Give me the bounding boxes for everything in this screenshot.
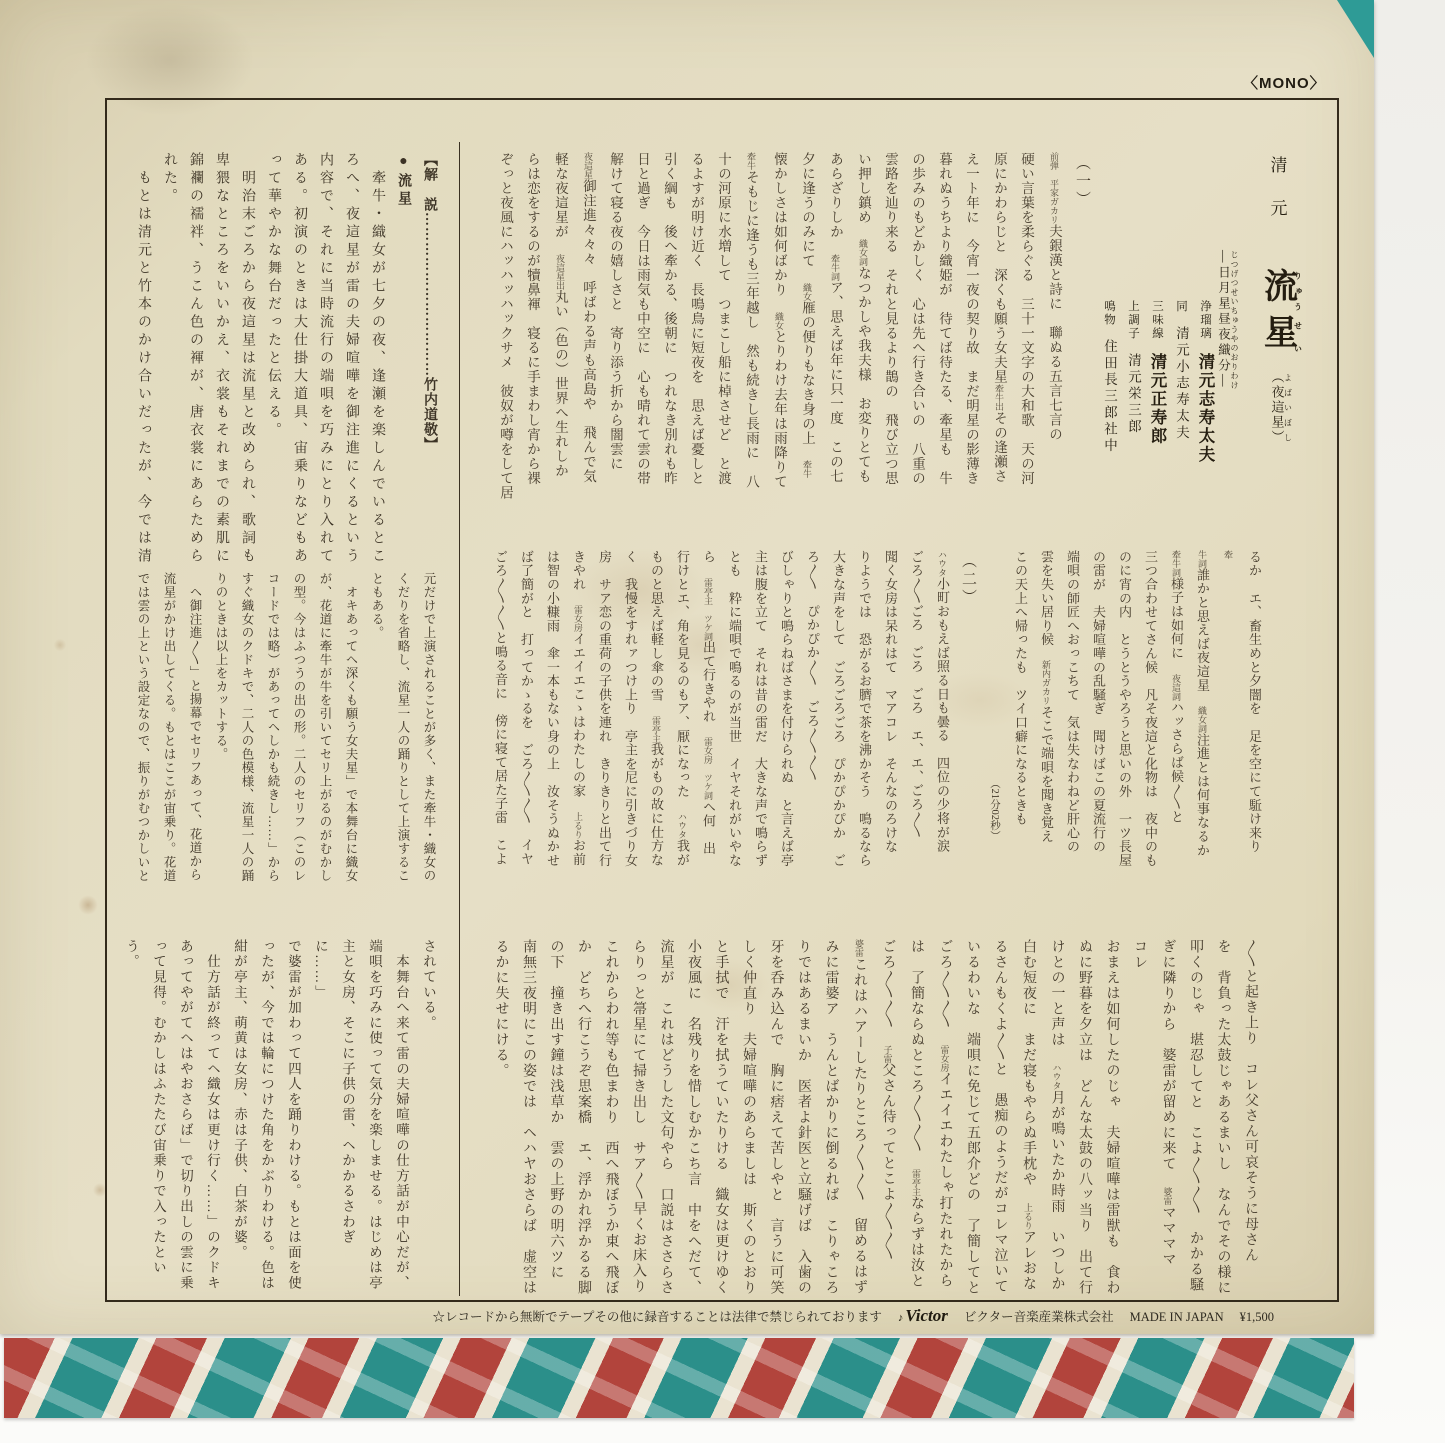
- text-column: 端唄の師匠へおっこちて 気は失なわねど肝心の: [1059, 550, 1085, 868]
- role-label: 婆雷: [854, 939, 864, 957]
- lyrics-part-1: （一）前弾 平家ガカリ夫銀漢と詩に 聯ぬる五言七言の硬い言葉を柔らぐる 三十一文…: [490, 152, 1095, 504]
- text-column: 大きな声をして ごろごろごろ ぴかぴかぴか ご: [825, 550, 851, 868]
- text-column: ごろ〳〵〳〵 子雷父さん待ってとこよ〳〵〳〵: [873, 939, 902, 1297]
- text-column: 南無三夜明にこの姿では ヘハヤおさらば 虚空は: [515, 939, 543, 1297]
- text-column: これからわれ等も色まわり 西へ飛ぼうか東へ飛ぼ: [597, 939, 625, 1297]
- text-column: って見得。むかしはふたたび宙乗りで入ったという。: [127, 939, 172, 1299]
- text-column: 婆雷これはハアーしたりところ〳〵〳〵 留めるはず: [845, 939, 874, 1297]
- text-column: の雷が 夫婦喧嘩の乱騒ぎ 聞けばこの夏流行の: [1085, 550, 1111, 868]
- role-label: 雷亭主 ツケ詞: [703, 578, 713, 641]
- text-column: ごろ〳〵〳〵と鳴る音に 傍に寝て居た子雷 こよ: [490, 550, 513, 868]
- role-label: 雷亭主: [651, 716, 661, 743]
- text-column: みに雷婆ア うんとばかりに倒るれば こりゃころ: [817, 939, 845, 1297]
- text-column: を 背負った太鼓じゃあるまいし なんでその様に: [1209, 939, 1237, 1297]
- text-column: の下 撞き出す鐘は浅草か 雲の上野の明六ツに: [542, 939, 570, 1297]
- role-label: 前弾 平家ガカリ: [1049, 152, 1059, 224]
- text-column: 錦襴の襦袢、うこん色の褌が、唐衣裳にあらためら: [182, 152, 208, 574]
- role-label: 夜這詞: [1171, 674, 1181, 701]
- text-column: 白む短夜に まだ寝もやらぬ手枕や 上るりアレおな: [1014, 939, 1043, 1297]
- footer-line: ☆レコードから無断でテープその他に録音することは法律で禁じられております Vic…: [180, 1306, 1274, 1326]
- text-column: 卑猥なところをいいかえ、衣裳もそれまでの素肌に: [208, 152, 234, 574]
- text-column: 行けとエ、角を見るのもア、厭になった ハウタ我が: [669, 550, 695, 868]
- role-label: 上るり: [573, 812, 583, 839]
- credit-line: 浄瑠璃清元志寿太夫: [1193, 300, 1217, 592]
- copyright-warning: ☆レコードから無断でテープその他に録音することは法律で禁じられております: [432, 1307, 881, 1325]
- text-column: い押し鎮め 織女詞なつかしや我夫様 お変りとても: [849, 152, 877, 504]
- text-column: 流星がかけ出してくる。もとはここが宙乗り。花道: [156, 572, 182, 888]
- role-label: 上るり: [1023, 1203, 1033, 1230]
- text-column: か どちへ行こうぞ思案橋 エ、浮かれ浮かるる脚: [570, 939, 598, 1297]
- text-column: 流星が これはどうした文句やら 口説はささらさ: [652, 939, 680, 1297]
- text-column: きやれ 雷女房イエイエこゝはわたしの家 上るりお前: [565, 550, 591, 868]
- role-label: 牽牛: [802, 460, 812, 478]
- album-back-cover: 〈MONO〉 清元流りゅう星せい（夜這星）よばいぼし ―日月星昼夜織分―じつげつ…: [0, 0, 1374, 1334]
- text-column: 牽牛詞様子は如何に 夜這詞ハッさらば候〳〵と: [1163, 550, 1189, 868]
- role-label: 夜這星出: [555, 254, 565, 290]
- text-column: 懐かしさは如何ばかり 織女とりわけ去年は雨降りて: [765, 152, 793, 504]
- role-label: 牽牛出: [994, 384, 1004, 411]
- text-column: おまえは如何したのじゃ 夫婦喧嘩は雷獣も 食わ: [1098, 939, 1126, 1297]
- commentary-subhead: ●流星: [390, 152, 416, 574]
- subtitle: ―日月星昼夜織分―じつげつせいちゅうやのおりわけ: [1215, 152, 1239, 612]
- text-column: 主は腹を立て それは昔の雷だ 大きな声で鳴らず: [747, 550, 773, 868]
- print-frame: 清元流りゅう星せい（夜這星）よばいぼし ―日月星昼夜織分―じつげつせいちゅうやの…: [105, 98, 1339, 1302]
- credit-name: 清元栄三郎: [1121, 353, 1145, 436]
- text-column: 紺が亭主、萌黄は女房、赤は子供、白茶が婆。: [226, 939, 253, 1299]
- role-label: 雷亭主: [911, 1169, 921, 1196]
- text-column: れた。: [156, 152, 182, 574]
- text-column: 仕方話が終ってヘ織女は更け行く……」のクドキ: [199, 939, 226, 1299]
- text-column: 日と過ぎ 今日は雨気も中空に 心も晴れて雲の帯: [629, 152, 656, 504]
- text-column: 小夜風に 名残りを惜しむかこち言 中をへだて、: [680, 939, 708, 1297]
- title-main: 流りゅう星せい: [1253, 268, 1303, 360]
- role-label: 新内ガカリ: [1041, 660, 1051, 705]
- credit-name: 住田長三郎社中: [1097, 339, 1121, 455]
- role-label: 雷女房: [940, 1045, 950, 1072]
- text-column: と手拭で 汗を拭うていたりける 織女は更けゆく: [707, 939, 735, 1297]
- text-column: え一ト年に 今宵一夜の契り故 まだ明星の影薄き: [958, 152, 985, 504]
- credit-role: 三味線: [1151, 300, 1163, 341]
- text-column: ぎに隣りから 婆雷が留めに来て 婆雷ママママ コレ: [1126, 939, 1182, 1297]
- role-label: 子雷: [883, 1045, 893, 1063]
- role-label: 織女詞: [1197, 706, 1207, 733]
- lyrics-part-2: るか エ、畜生めと夕闇を 足を空にて駈け来り 牽牛詞誰かと思えば夜這星 織女詞注…: [490, 550, 1267, 868]
- text-column: らは恋をするのが犢鼻褌 寝るに手まわし宵から裸: [519, 152, 546, 504]
- text-column: 原にかわらじと 深くも願う女夫星牽牛出その逢瀬さ: [985, 152, 1013, 504]
- alt-title: （夜這星）よばいぼし: [1268, 370, 1293, 445]
- text-column: とも 粋に端唄で鳴るのが当世 イヤそれがいやな: [721, 550, 747, 868]
- lyrics-part-3: 〳〵と起き上り コレ父さん可哀そうに母さんを 背負った太鼓じゃあるまいし なんで…: [490, 939, 1264, 1297]
- credit-role: 上調子: [1127, 300, 1139, 341]
- text-column: オキあってヘ深くも願う女夫星」で本舞台に織女: [338, 572, 364, 888]
- credit-role: 浄瑠璃: [1199, 300, 1211, 341]
- text-column: 三つ合わせてさん候 凡そ夜這と化物は 夜中のも: [1137, 550, 1163, 868]
- role-label: 夜這星: [583, 152, 593, 179]
- text-column: この天上へ帰ったも ツイ口癖になるときも: [1007, 550, 1033, 868]
- inner-sleeve-pattern: [4, 1338, 1354, 1418]
- credit-role: 鳴物: [1103, 300, 1115, 327]
- credits: 浄瑠璃清元志寿太夫同清元小志寿太夫三味線清元正寿郎上調子清元栄三郎鳴物住田長三郎…: [1097, 300, 1217, 592]
- text-column: るか エ、畜生めと夕闇を 足を空にて駈け来り 牽: [1215, 550, 1267, 868]
- role-label: ハウタ: [1052, 1063, 1062, 1090]
- album-title: 清元流りゅう星せい（夜這星）よばいぼし: [1253, 152, 1303, 612]
- role-label: 織女: [774, 312, 784, 330]
- role-label: 織女詞: [858, 239, 868, 266]
- text-column: ハウタ小町おもえば照る日も曇る 四位の少将が涙: [929, 550, 955, 868]
- title-block: 清元流りゅう星せい（夜這星）よばいぼし ―日月星昼夜織分―じつげつせいちゅうやの…: [1202, 152, 1302, 612]
- role-label: 雷女房: [573, 605, 583, 632]
- text-column: 十の河原に水増して つまこし船に棹させど と渡: [710, 152, 737, 504]
- text-column: 元だけで上演されることが多く、また牽牛・織女の: [416, 572, 442, 888]
- text-column: 引く綱も 後へ牽かる、後朝に つれなき別れも昨: [656, 152, 683, 504]
- school-name: 清元: [1268, 152, 1287, 242]
- text-column: 〳〵と起き上り コレ父さん可哀そうに母さん: [1237, 939, 1265, 1297]
- text-column: るよすが明け近く 長鳴鳥に短夜を 思えば憂しと: [683, 152, 710, 504]
- text-column: って華やかな舞台だったと伝える。: [260, 152, 286, 574]
- text-column: すぐ織女のクドキで、二人の色模様、流星一人の踊: [234, 572, 260, 888]
- commentary-band-3: されている。 本舞台へ来て雷の夫婦喧嘩の仕方話が中心だが、端唄を巧みに使って気分…: [127, 939, 442, 1299]
- text-column: の型。今はふつうの出の形。二人のセリフ（このレ: [286, 572, 312, 888]
- role-label: ハウタ: [937, 550, 947, 577]
- text-column: ら 雷亭主 ツケ詞出て行きやれ 雷女房 ツケ詞ヘ何 出: [695, 550, 721, 868]
- section-heading: （一）: [1068, 152, 1095, 504]
- text-column: 前弾 平家ガカリ夫銀漢と詩に 聯ぬる五言七言の: [1040, 152, 1068, 504]
- credit-line: 同清元小志寿太夫: [1169, 300, 1193, 592]
- section-heading: （二）: [955, 550, 981, 868]
- column-divider: [459, 142, 460, 1296]
- text-column: もとは清元と竹本のかけ合いだったが、今では清: [130, 152, 156, 574]
- text-column: 硬い言葉を柔らぐる 三十一文字の大和歌 天の河: [1013, 152, 1040, 504]
- text-column: けとの一と声は ハウタ月が鳴いたか時雨 いつしか: [1042, 939, 1071, 1297]
- text-column: は智の小糠雨 傘一本もない身の上 汝そうぬかせ: [539, 550, 565, 868]
- text-column: ろへ、夜這星が雷の夫婦喧嘩を御注進にくるという: [338, 152, 364, 574]
- text-column: 端唄を巧みに使って気分を楽しませる。はじめは亭: [361, 939, 388, 1299]
- credit-line: 鳴物住田長三郎社中: [1097, 300, 1121, 592]
- made-in-japan-label: MADE IN JAPAN: [1130, 1310, 1224, 1325]
- text-column: コードでは略）があってヘしかも続きし……」から: [260, 572, 286, 888]
- photo-background: 〈MONO〉 清元流りゅう星せい（夜這星）よばいぼし ―日月星昼夜織分―じつげつ…: [0, 0, 1445, 1443]
- victor-logo: Victor: [898, 1306, 948, 1326]
- text-column: 牙を呑み込んで 胸に痞えて苦しやと 言うに可笑: [762, 939, 790, 1297]
- role-label: 牽牛: [746, 152, 756, 170]
- role-label: 牽牛詞: [1171, 550, 1181, 577]
- text-column: りようでは 恐がるお臍で茶を沸かそう 鳴るなら: [851, 550, 877, 868]
- credit-name: 清元正寿郎: [1145, 353, 1169, 446]
- text-column: くだりを省略し、流星一人の踊りとして上演するこ: [390, 572, 416, 888]
- text-column: 夕に逢うのみにて 織女雁の便りもなき身の上 牽牛: [793, 152, 821, 504]
- company-name: ビクター音楽産業株式会社: [964, 1307, 1114, 1325]
- text-column: 明治末ごろから夜這星は流星と改められ、歌詞も: [234, 152, 260, 574]
- text-column: 牛詞誰かと思えば夜這星 織女詞注進とは何事なるか: [1189, 550, 1215, 868]
- text-column: 雲路を辿り来る それと見るより鵲の 飛び立つ思: [877, 152, 904, 504]
- text-column: らりっと箒星にて掃き出し サア〳〵早くお床入り: [625, 939, 653, 1297]
- text-column: 内容で、それに当時流行の端唄を巧みにとり入れて: [312, 152, 338, 574]
- role-label: 牽牛詞: [830, 254, 840, 281]
- text-column: 叩くのじゃ 堪忍してと こよ〳〵〳〵 かかる騒: [1182, 939, 1210, 1297]
- text-column: りのときは以上をカットする。: [208, 572, 234, 888]
- text-column: るかに失せにける。: [490, 939, 515, 1297]
- text-column: 牽牛そもじに逢うも三年越し 然も続きし長雨に 八: [737, 152, 765, 504]
- text-column: ごろ〳〵〳〵 雷女房イエイエわたしゃ打たれたから: [930, 939, 959, 1297]
- text-column: 本舞台へ来て雷の夫婦喧嘩の仕方話が中心だが、: [388, 939, 415, 1299]
- text-column: 夜這星御注進々々々 呼ばわる声も高島や 飛んで気: [574, 152, 602, 504]
- text-column: 暮れぬうちより織姫が 待てば待たる、牽星も 牛: [931, 152, 958, 504]
- text-column: ものと思えば軽し傘の雪 雷亭主我がもの故に仕方な: [643, 550, 669, 868]
- text-column: りではあるまいか 医者よ針医と立騒げば 入歯の: [790, 939, 818, 1297]
- commentary-header: 【解 説……………………………竹内道敬】: [416, 152, 442, 574]
- text-column: く 我慢をすれァつけ上り 亭主を尼に引きづり女: [617, 550, 643, 868]
- commentary-band-2: 元だけで上演されることが多く、また牽牛・織女のくだりを省略し、流星一人の踊りとし…: [127, 572, 442, 888]
- role-label: 牛詞: [1197, 550, 1207, 568]
- text-column: ごろ〳〵ごろ ごろ ごろ エ、エ、ごろ〳〵: [903, 550, 929, 868]
- text-column: ともある。: [364, 572, 390, 888]
- text-column: 房 サア恋の重荷の子供を連れ きりきりと出て行: [591, 550, 617, 868]
- text-column: びしゃりと鳴らねばさまを付けられぬ と言えば亭: [773, 550, 799, 868]
- role-label: 雷女房 ツケ詞: [703, 737, 713, 800]
- text-column: 雲を失い居り候 新内ガカリそこで端唄を聞き覚え: [1033, 550, 1059, 868]
- text-column: あってやがてヘはやおさらば」で切り出しの雲に乗: [172, 939, 199, 1299]
- text-column: るさんもくよ〳〵と 愚痴のようだがコレマ泣いて: [986, 939, 1014, 1297]
- credit-line: 上調子清元栄三郎: [1121, 300, 1145, 592]
- duration-note: （21分02秒）: [981, 550, 1007, 868]
- role-label: 牽: [1223, 550, 1233, 559]
- text-column: の歩みのもどかしく 心は先へ行き合いの 八重の: [904, 152, 931, 504]
- mono-label: 〈MONO〉: [1243, 72, 1326, 93]
- text-column: いるわいな 端唄に免じて五郎介どの 了簡してと: [959, 939, 987, 1297]
- text-column: は 了簡ならぬところ〳〵〳〵 雷亭主ならずは汝と: [902, 939, 931, 1297]
- credit-name: 清元志寿太夫: [1193, 353, 1217, 464]
- price-label: ¥1,500: [1240, 1310, 1274, 1325]
- text-column: 聞く女房は呆れはて マアコレ そんなのろけな: [877, 550, 903, 868]
- text-column: ろ〳〵 ぴかぴか〳〵 ごろ〳〵〳〵: [799, 550, 825, 868]
- credit-line: 三味線清元正寿郎: [1145, 300, 1169, 592]
- text-column: ば了簡がと 打ってかゝるを ごろ〳〵〳〵 イヤ: [513, 550, 539, 868]
- text-column: ある。初演のときは大仕掛大道具、宙乗りなどもあ: [286, 152, 312, 574]
- text-column: では雲の上という設定なので、振りがむつかしいと: [130, 572, 156, 888]
- text-column: のに宵の内 とうとうやろうと思いの外 一ツ長屋: [1111, 550, 1137, 868]
- role-label: 織女: [802, 283, 812, 301]
- text-column: 軽な夜這星が 夜這星出丸い（色の）世界へ生れしか: [546, 152, 574, 504]
- text-column: 解けて寝る夜の嬉しさと 寄り添う折から闇雲に: [602, 152, 629, 504]
- text-column: が、花道に牽牛が牛を引いてセリ上がるのがむかし: [312, 572, 338, 888]
- text-column: ったが、今では輪につけた角をかぶりわける。色は: [253, 939, 280, 1299]
- role-label: ハウタ: [677, 812, 687, 839]
- text-column: されている。: [415, 939, 442, 1299]
- text-column: しく仲直り 夫婦喧嘩のあらましは 斯くのとおり: [735, 939, 763, 1297]
- text-column: で婆雷が加わって四人を踊りわける。もとは面を使: [280, 939, 307, 1299]
- text-column: 牽牛・織女が七夕の夜、逢瀬を楽しんでいるとこ: [364, 152, 390, 574]
- commentary-band-1: 【解 説……………………………竹内道敬】●流星 牽牛・織女が七夕の夜、逢瀬を楽し…: [127, 152, 442, 574]
- text-column: あらざりしか 牽牛詞ア、思えば年に只一度 この七: [821, 152, 849, 504]
- text-column: ぬに野暮を夕立は どんな太鼓の八ッ当り 出て行: [1071, 939, 1099, 1297]
- text-column: 主と女房、そこに子供の雷、ヘかかるさわぎに……」: [307, 939, 361, 1299]
- role-label: 婆雷: [1163, 1187, 1173, 1205]
- credit-role: 同: [1175, 300, 1187, 314]
- credit-name: 清元小志寿太夫: [1169, 326, 1193, 442]
- text-column: ぞっと夜風にハッハッハックサメ 彼奴が噂をして居: [492, 152, 519, 504]
- text-column: ヘ御注進〳〵」と揚幕でセリフあって、花道から: [182, 572, 208, 888]
